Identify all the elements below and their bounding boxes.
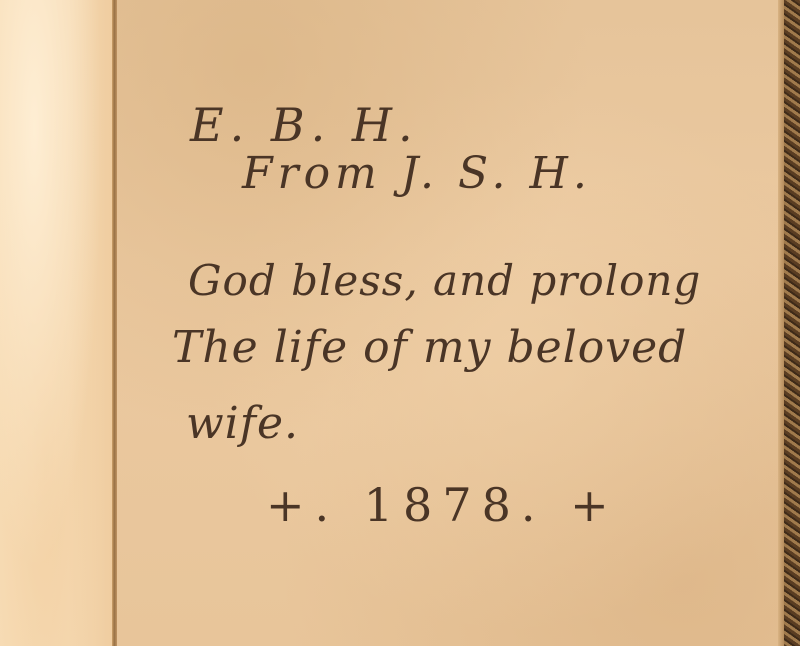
inscription-recipient-initials: E. B. H.	[190, 98, 419, 152]
inscription-blessing-line-1: God bless, and prolong	[188, 256, 701, 305]
left-flyleaf-page	[0, 0, 114, 646]
marbled-board-edge	[782, 0, 800, 646]
inscription-blessing-line-2: The life of my beloved	[172, 322, 687, 373]
inscription-from-line: From J. S. H.	[242, 148, 592, 199]
book-photo: E. B. H. From J. S. H. God bless, and pr…	[0, 0, 800, 646]
inscription-blessing-line-3: wife.	[186, 398, 299, 449]
inscription-date: +. 1878. +	[266, 478, 619, 532]
